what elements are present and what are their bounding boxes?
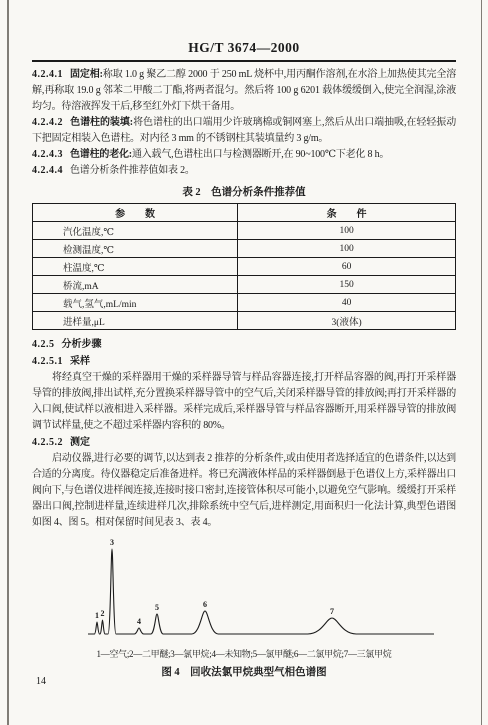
parameter-value: 150 [238, 276, 456, 294]
chromatogram-plot: 1234567 [86, 534, 440, 646]
heading-title: 测定 [70, 437, 90, 448]
parameter-value: 100 [238, 240, 456, 258]
heading-425: 4.2.5分析步骤 [32, 337, 456, 353]
scan-edge-left [7, 0, 9, 725]
sampling-paragraph: 将经真空干燥的采样器用干燥的采样器导管与样品容器连接,打开样品容器的阀,再打开采… [32, 370, 456, 434]
parameter-value: 100 [238, 222, 456, 240]
table2-row: 汽化温度,℃100 [33, 222, 456, 240]
parameter-name: 柱温度,℃ [33, 258, 238, 276]
table2-row: 柱温度,℃60 [33, 258, 456, 276]
parameter-name: 载气,氢气,mL/min [33, 294, 238, 312]
peak-label-5: 5 [155, 603, 159, 612]
peak-label-3: 3 [110, 538, 114, 547]
table2-row: 进样量,μL3(液体) [33, 312, 456, 330]
clause-number: 4.2.5.1 [32, 356, 63, 367]
heading-4252: 4.2.5.2测定 [32, 435, 456, 451]
peak-label-1: 1 [95, 611, 99, 620]
clause-number: 4.2.5 [32, 339, 55, 350]
clause-number: 4.2.4.4 [32, 165, 63, 176]
parameter-value: 60 [238, 258, 456, 276]
heading-4251: 4.2.5.1采样 [32, 354, 456, 370]
clause-term: 色谱柱的装填: [70, 117, 133, 128]
table2-body: 汽化温度,℃100检测温度,℃100柱温度,℃60桥流,mA150载气,氢气,m… [33, 222, 456, 330]
clause-4244: 4.2.4.4色谱分析条件推荐值如表 2。 [32, 163, 456, 179]
clause-4243: 4.2.4.3色谱柱的老化:通入载气,色谱柱出口与检测器断开,在 90~100℃… [32, 147, 456, 163]
table2-title: 表 2 色谱分析条件推荐值 [32, 184, 456, 199]
scan-edge-right [481, 0, 483, 725]
table2-header-condition: 条 件 [238, 204, 456, 222]
table2-row: 载气,氢气,mL/min40 [33, 294, 456, 312]
figure4-peak-legend: 1—空气;2—二甲醚;3—氯甲烷;4—未知物;5—氯甲醚;6—二氯甲烷;7—三氯… [32, 647, 456, 660]
parameter-name: 进样量,μL [33, 312, 238, 330]
peak-label-6: 6 [203, 600, 207, 609]
clause-number: 4.2.4.1 [32, 69, 63, 80]
document-page: HG/T 3674—2000 4.2.4.1固定相:称取 1.0 g 聚乙二醇 … [0, 0, 488, 725]
table2-chromatographic-conditions: 参 数 条 件 汽化温度,℃100检测温度,℃100柱温度,℃60桥流,mA15… [32, 203, 456, 330]
table2-header-row: 参 数 条 件 [33, 204, 456, 222]
clause-text: 通入载气,色谱柱出口与检测器断开,在 90~100℃下老化 8 h。 [132, 149, 389, 160]
peak-label-2: 2 [101, 609, 105, 618]
peak-label-7: 7 [330, 607, 334, 616]
clause-term: 固定相: [70, 69, 103, 80]
peak-label-4: 4 [137, 617, 141, 626]
clause-number: 4.2.4.3 [32, 149, 63, 160]
figure4-chromatogram: 1234567 1—空气;2—二甲醚;3—氯甲烷;4—未知物;5—氯甲醚;6—二… [32, 534, 456, 679]
determination-paragraph: 启动仪器,进行必要的调节,以达到表 2 推荐的分析条件,或由使用者选择适宜的色谱… [32, 451, 456, 531]
heading-title: 采样 [70, 356, 90, 367]
parameter-value: 40 [238, 294, 456, 312]
standard-code-header: HG/T 3674—2000 [32, 40, 456, 62]
clause-number: 4.2.4.2 [32, 117, 63, 128]
page-content: HG/T 3674—2000 4.2.4.1固定相:称取 1.0 g 聚乙二醇 … [0, 0, 488, 679]
table2-header-parameter: 参 数 [33, 204, 238, 222]
clause-text: 色谱分析条件推荐值如表 2。 [70, 165, 195, 176]
page-number: 14 [36, 676, 46, 687]
parameter-name: 检测温度,℃ [33, 240, 238, 258]
table2-row: 桥流,mA150 [33, 276, 456, 294]
clause-4242: 4.2.4.2色谱柱的装填:将色谱柱的出口端用少许玻璃棉或铜网塞上,然后从出口端… [32, 115, 456, 147]
parameter-value: 3(液体) [238, 312, 456, 330]
clause-term: 色谱柱的老化: [70, 149, 132, 160]
heading-title: 分析步骤 [62, 339, 102, 350]
parameter-name: 桥流,mA [33, 276, 238, 294]
table2-row: 检测温度,℃100 [33, 240, 456, 258]
parameter-name: 汽化温度,℃ [33, 222, 238, 240]
clause-4241: 4.2.4.1固定相:称取 1.0 g 聚乙二醇 2000 于 250 mL 烧… [32, 67, 456, 115]
clause-number: 4.2.5.2 [32, 437, 63, 448]
figure4-caption: 图 4 回收法氯甲烷典型气相色谱图 [32, 664, 456, 679]
